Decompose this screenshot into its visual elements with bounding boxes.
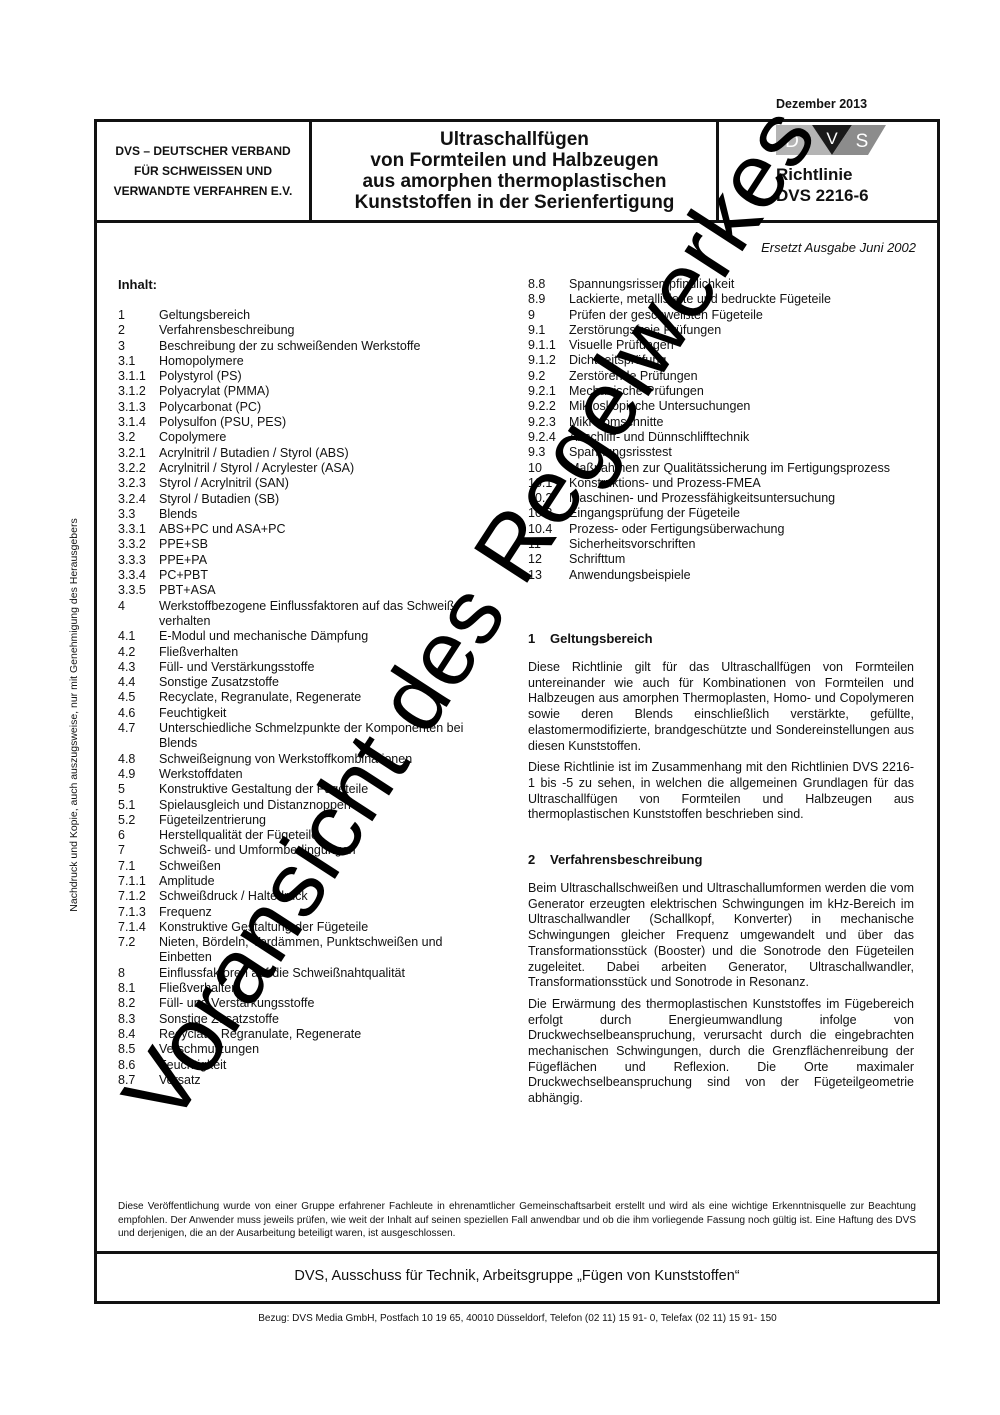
toc-entry: 3.3.2PPE+SB — [118, 537, 490, 552]
toc-entry-number: 4.5 — [118, 690, 159, 705]
toc-entry-label: Feuchtigkeit — [159, 1058, 490, 1073]
toc-left-column: 1Geltungsbereich2Verfahrensbeschreibung3… — [118, 308, 490, 1088]
toc-entry: 7Schweiß- und Umformbedingungen — [118, 843, 490, 858]
toc-entry: 9.1.1Visuelle Prüfungen — [528, 338, 920, 353]
toc-entry-label: Schweißen — [159, 859, 490, 874]
toc-entry-label: Eingangsprüfung der Fügeteile — [569, 506, 920, 521]
toc-entry: 9.1Zerstörungsfreie Prüfungen — [528, 323, 920, 338]
toc-entry-number: 8.6 — [118, 1058, 159, 1073]
toc-entry: 7.1.1Amplitude — [118, 874, 490, 889]
toc-entry: 2Verfahrensbeschreibung — [118, 323, 490, 338]
toc-entry-label: Fügeteilzentrierung — [159, 813, 490, 828]
toc-entry-number: 5 — [118, 782, 159, 797]
toc-entry-label: Sonstige Zusatzstoffe — [159, 675, 490, 690]
disclaimer-text: Diese Veröffentlichung wurde von einer G… — [118, 1200, 916, 1241]
toc-entry-number: 8.1 — [118, 981, 159, 996]
toc-entry-label: Verschmutzungen — [159, 1042, 490, 1057]
document-number: Richtlinie DVS 2216-6 — [776, 164, 869, 206]
toc-entry-label: Prüfen der geschweißten Fügeteile — [569, 308, 920, 323]
paragraph: Die Erwärmung des thermoplastischen Kuns… — [528, 997, 914, 1107]
copyright-side-note: Nachdruck und Kopie, auch auszugsweise, … — [68, 518, 80, 911]
toc-entry-number: 8.5 — [118, 1042, 159, 1057]
paragraph: Diese Richtlinie gilt für das Ultraschal… — [528, 660, 914, 754]
ordering-info: Bezug: DVS Media GmbH, Postfach 10 19 65… — [0, 1313, 1000, 1324]
toc-entry-label: Füll- und Verstärkungsstoffe — [159, 660, 490, 675]
toc-entry-label: Zerstörungsfreie Prüfungen — [569, 323, 920, 338]
document-title: Ultraschallfügen von Formteilen und Halb… — [312, 122, 717, 220]
toc-entry-label: Styrol / Acrylnitril (SAN) — [159, 476, 490, 491]
toc-entry-number: 9.1 — [528, 323, 569, 338]
toc-entry-number: 8.9 — [528, 292, 569, 307]
toc-entry-label: Spannungsrissempfindlichkeit — [569, 277, 920, 292]
section-title: Verfahrensbeschreibung — [550, 852, 702, 867]
toc-entry-number: 9 — [528, 308, 569, 323]
toc-entry: 3.3.1ABS+PC und ASA+PC — [118, 522, 490, 537]
svg-text:S: S — [856, 131, 869, 152]
toc-entry-number: 12 — [528, 552, 569, 567]
toc-entry-label: Schrifttum — [569, 552, 920, 567]
toc-entry: 3.3Blends — [118, 507, 490, 522]
toc-entry: 3.1.4Polysulfon (PSU, PES) — [118, 415, 490, 430]
svg-text:D: D — [785, 131, 799, 152]
toc-entry: 5Konstruktive Gestaltung der Fügeteile — [118, 782, 490, 797]
toc-entry-label: Nieten, Bördeln, Verdämmen, Punktschweiß… — [159, 935, 490, 966]
toc-entry: 9.2.2Mikroskopische Untersuchungen — [528, 399, 920, 414]
toc-entry-label: Polystyrol (PS) — [159, 369, 490, 384]
toc-entry: 9.2.4Anschliff- und Dünnschlifftechnik — [528, 430, 920, 445]
toc-entry: 4.7Unterschiedliche Schmelzpunkte der Ko… — [118, 721, 490, 752]
toc-entry: 8.7Versatz — [118, 1073, 490, 1088]
toc-entry-number: 3.3.3 — [118, 553, 159, 568]
toc-entry-number: 3 — [118, 339, 159, 354]
toc-entry-label: Dichtheitsprüfung — [569, 353, 920, 368]
toc-entry-number: 3.2.1 — [118, 446, 159, 461]
toc-entry-number: 7.1.1 — [118, 874, 159, 889]
toc-entry-number: 11 — [528, 537, 569, 552]
toc-entry: 7.1.3Frequenz — [118, 905, 490, 920]
toc-entry: 8.1Fließverhalten — [118, 981, 490, 996]
toc-entry: 3.2.4Styrol / Butadien (SB) — [118, 492, 490, 507]
toc-entry-number: 4.6 — [118, 706, 159, 721]
toc-entry-number: 3.2.3 — [118, 476, 159, 491]
toc-entry-number: 10.4 — [528, 522, 569, 537]
toc-entry-label: Amplitude — [159, 874, 490, 889]
toc-entry-number: 4.8 — [118, 752, 159, 767]
toc-entry-number: 9.2.2 — [528, 399, 569, 414]
toc-entry-number: 4.9 — [118, 767, 159, 782]
toc-entry-number: 2 — [118, 323, 159, 338]
toc-entry: 4.2Fließverhalten — [118, 645, 490, 660]
toc-entry: 3.2.2Acrylnitril / Styrol / Acrylester (… — [118, 461, 490, 476]
toc-entry-number: 3.3 — [118, 507, 159, 522]
toc-entry-number: 8.3 — [118, 1012, 159, 1027]
toc-entry-label: Recyclate, Regranulate, Regenerate — [159, 1027, 490, 1042]
toc-entry-number: 4.7 — [118, 721, 159, 752]
toc-entry: 11Sicherheitsvorschriften — [528, 537, 920, 552]
toc-entry: 8.3Sonstige Zusatzstoffe — [118, 1012, 490, 1027]
toc-entry-number: 3.3.4 — [118, 568, 159, 583]
toc-entry-number: 7.1.2 — [118, 889, 159, 904]
toc-entry-label: Mikrotomschnitte — [569, 415, 920, 430]
toc-entry: 7.2Nieten, Bördeln, Verdämmen, Punktschw… — [118, 935, 490, 966]
section-title: Geltungsbereich — [550, 631, 653, 646]
toc-entry-label: Schweißeignung von Werkstoffkombinatione… — [159, 752, 490, 767]
toc-entry-label: Konstruktive Gestaltung der Fügeteile — [159, 920, 490, 935]
toc-entry-label: Geltungsbereich — [159, 308, 490, 323]
toc-entry: 8Einflussfaktoren auf die Schweißnahtqua… — [118, 966, 490, 981]
toc-entry: 3.3.3PPE+PA — [118, 553, 490, 568]
section-number: 2 — [528, 852, 550, 867]
toc-entry: 8.9Lackierte, metallisierte und bedruckt… — [528, 292, 920, 307]
toc-entry-number: 8.4 — [118, 1027, 159, 1042]
toc-entry: 6Herstellqualität der Fügeteile — [118, 828, 490, 843]
toc-entry-label: Anwendungsbeispiele — [569, 568, 920, 583]
toc-entry-label: PPE+PA — [159, 553, 490, 568]
section-heading-2: 2Verfahrensbeschreibung — [528, 852, 702, 867]
toc-entry-label: Sicherheitsvorschriften — [569, 537, 920, 552]
toc-entry: 3Beschreibung der zu schweißenden Werkst… — [118, 339, 490, 354]
organization-name: DVS – DEUTSCHER VERBAND FÜR SCHWEISSEN U… — [97, 122, 309, 220]
toc-entry-label: Schweiß- und Umformbedingungen — [159, 843, 490, 858]
toc-entry: 3.3.5PBT+ASA — [118, 583, 490, 598]
toc-entry-label: Anschliff- und Dünnschlifftechnik — [569, 430, 920, 445]
toc-entry: 4.8Schweißeignung von Werkstoffkombinati… — [118, 752, 490, 767]
toc-entry-number: 7 — [118, 843, 159, 858]
toc-right-column: 8.8Spannungsrissempfindlichkeit8.9Lackie… — [528, 277, 920, 583]
toc-entry-number: 3.3.1 — [118, 522, 159, 537]
toc-entry: 7.1.2Schweißdruck / Haltedruck — [118, 889, 490, 904]
toc-entry-number: 9.1.2 — [528, 353, 569, 368]
toc-entry-number: 9.2 — [528, 369, 569, 384]
toc-entry-number: 8.2 — [118, 996, 159, 1011]
toc-entry-number: 3.1.4 — [118, 415, 159, 430]
replaces-edition: Ersetzt Ausgabe Juni 2002 — [761, 240, 916, 255]
toc-entry: 4.3Füll- und Verstärkungsstoffe — [118, 660, 490, 675]
toc-entry-label: Versatz — [159, 1073, 490, 1088]
committee-credit: DVS, Ausschuss für Technik, Arbeitsgrupp… — [97, 1254, 937, 1298]
toc-entry: 4.1E-Modul und mechanische Dämpfung — [118, 629, 490, 644]
toc-entry-number: 9.1.1 — [528, 338, 569, 353]
toc-entry-number: 9.2.4 — [528, 430, 569, 445]
toc-entry-label: Fließverhalten — [159, 981, 490, 996]
toc-entry: 9.3Spannungsrisstest — [528, 445, 920, 460]
toc-entry: 10.3Eingangsprüfung der Fügeteile — [528, 506, 920, 521]
toc-entry-number: 3.3.5 — [118, 583, 159, 598]
toc-entry: 3.1.2Polyacrylat (PMMA) — [118, 384, 490, 399]
toc-entry-label: Polyacrylat (PMMA) — [159, 384, 490, 399]
toc-entry: 3.2.1Acrylnitril / Butadien / Styrol (AB… — [118, 446, 490, 461]
toc-entry-label: Fließverhalten — [159, 645, 490, 660]
toc-entry-label: Werkstoffdaten — [159, 767, 490, 782]
toc-entry-label: Einflussfaktoren auf die Schweißnahtqual… — [159, 966, 490, 981]
toc-entry-label: ABS+PC und ASA+PC — [159, 522, 490, 537]
toc-entry-number: 3.1.3 — [118, 400, 159, 415]
toc-entry-label: Konstruktions- und Prozess-FMEA — [569, 476, 920, 491]
toc-entry-number: 7.1.4 — [118, 920, 159, 935]
toc-entry-number: 1 — [118, 308, 159, 323]
toc-entry-number: 3.2.2 — [118, 461, 159, 476]
paragraph: Beim Ultraschallschweißen und Ultraschal… — [528, 881, 914, 991]
toc-entry: 10Maßnahmen zur Qualitätssicherung im Fe… — [528, 461, 920, 476]
toc-entry-number: 9.2.1 — [528, 384, 569, 399]
toc-entry-label: Feuchtigkeit — [159, 706, 490, 721]
toc-entry: 7.1.4Konstruktive Gestaltung der Fügetei… — [118, 920, 490, 935]
toc-entry-label: Sonstige Zusatzstoffe — [159, 1012, 490, 1027]
toc-entry-number: 4.3 — [118, 660, 159, 675]
toc-entry-number: 13 — [528, 568, 569, 583]
toc-entry: 3.3.4PC+PBT — [118, 568, 490, 583]
toc-entry-label: Konstruktive Gestaltung der Fügeteile — [159, 782, 490, 797]
toc-entry-label: Lackierte, metallisierte und bedruckte F… — [569, 292, 920, 307]
toc-entry-number: 9.2.3 — [528, 415, 569, 430]
toc-entry-label: Recyclate, Regranulate, Regenerate — [159, 690, 490, 705]
toc-entry-number: 3.3.2 — [118, 537, 159, 552]
toc-entry-number: 7.1.3 — [118, 905, 159, 920]
toc-entry-label: PPE+SB — [159, 537, 490, 552]
toc-entry-number: 3.1.2 — [118, 384, 159, 399]
toc-entry: 10.4Prozess- oder Fertigungsüberwachung — [528, 522, 920, 537]
toc-entry: 9.2Zerstörende Prüfungen — [528, 369, 920, 384]
toc-entry: 3.1.3Polycarbonat (PC) — [118, 400, 490, 415]
toc-entry-label: Blends — [159, 507, 490, 522]
toc-entry-number: 3.1 — [118, 354, 159, 369]
toc-entry-number: 3.1.1 — [118, 369, 159, 384]
toc-entry-number: 10.3 — [528, 506, 569, 521]
toc-entry-label: Schweißdruck / Haltedruck — [159, 889, 490, 904]
toc-entry-label: Prozess- oder Fertigungsüberwachung — [569, 522, 920, 537]
toc-entry: 9.2.3Mikrotomschnitte — [528, 415, 920, 430]
toc-entry-number: 4.2 — [118, 645, 159, 660]
toc-entry: 4.9Werkstoffdaten — [118, 767, 490, 782]
toc-entry-number: 3.2.4 — [118, 492, 159, 507]
toc-entry-label: Styrol / Butadien (SB) — [159, 492, 490, 507]
svg-text:V: V — [826, 129, 838, 148]
toc-entry-label: PC+PBT — [159, 568, 490, 583]
toc-entry-number: 5.1 — [118, 798, 159, 813]
toc-entry: 4.4Sonstige Zusatzstoffe — [118, 675, 490, 690]
publication-date: Dezember 2013 — [776, 97, 867, 111]
toc-entry-label: Füll- und Verstärkungsstoffe — [159, 996, 490, 1011]
toc-entry-label: Acrylnitril / Butadien / Styrol (ABS) — [159, 446, 490, 461]
toc-entry: 1Geltungsbereich — [118, 308, 490, 323]
paragraph: Diese Richtlinie ist im Zusammenhang mit… — [528, 760, 914, 823]
toc-entry: 9Prüfen der geschweißten Fügeteile — [528, 308, 920, 323]
toc-entry-label: Verfahrensbeschreibung — [159, 323, 490, 338]
toc-entry-label: Spielausgleich und Distanznoppen — [159, 798, 490, 813]
toc-entry: 8.5Verschmutzungen — [118, 1042, 490, 1057]
toc-entry-label: PBT+ASA — [159, 583, 490, 598]
toc-entry-number: 4 — [118, 599, 159, 630]
toc-entry: 13Anwendungsbeispiele — [528, 568, 920, 583]
toc-entry-label: Frequenz — [159, 905, 490, 920]
toc-entry-label: Herstellqualität der Fügeteile — [159, 828, 490, 843]
toc-entry: 3.1Homopolymere — [118, 354, 490, 369]
toc-entry: 5.1Spielausgleich und Distanznoppen — [118, 798, 490, 813]
toc-entry: 4.5Recyclate, Regranulate, Regenerate — [118, 690, 490, 705]
section-2-body: Beim Ultraschallschweißen und Ultraschal… — [528, 881, 914, 1107]
toc-entry-label: Werkstoffbezogene Einflussfaktoren auf d… — [159, 599, 490, 630]
toc-entry-label: Polycarbonat (PC) — [159, 400, 490, 415]
toc-entry-label: E-Modul und mechanische Dämpfung — [159, 629, 490, 644]
toc-entry-label: Polysulfon (PSU, PES) — [159, 415, 490, 430]
toc-entry-number: 10.2 — [528, 491, 569, 506]
toc-entry-label: Maßnahmen zur Qualitätssicherung im Fert… — [569, 461, 920, 476]
toc-entry: 8.6Feuchtigkeit — [118, 1058, 490, 1073]
toc-entry: 3.2.3Styrol / Acrylnitril (SAN) — [118, 476, 490, 491]
toc-entry-number: 9.3 — [528, 445, 569, 460]
toc-entry: 5.2Fügeteilzentrierung — [118, 813, 490, 828]
toc-entry-number: 4.1 — [118, 629, 159, 644]
toc-entry: 8.2Füll- und Verstärkungsstoffe — [118, 996, 490, 1011]
toc-entry: 12Schrifttum — [528, 552, 920, 567]
toc-entry-number: 4.4 — [118, 675, 159, 690]
toc-heading: Inhalt: — [118, 277, 157, 292]
toc-entry: 4.6Feuchtigkeit — [118, 706, 490, 721]
toc-entry-label: Unterschiedliche Schmelzpunkte der Kompo… — [159, 721, 490, 752]
toc-entry-label: Homopolymere — [159, 354, 490, 369]
toc-entry-number: 8.7 — [118, 1073, 159, 1088]
toc-entry: 4Werkstoffbezogene Einflussfaktoren auf … — [118, 599, 490, 630]
toc-entry-label: Mechanische Prüfungen — [569, 384, 920, 399]
toc-entry-number: 7.1 — [118, 859, 159, 874]
toc-entry: 3.1.1Polystyrol (PS) — [118, 369, 490, 384]
toc-entry-number: 8.8 — [528, 277, 569, 292]
section-number: 1 — [528, 631, 550, 646]
toc-entry-number: 6 — [118, 828, 159, 843]
toc-entry-label: Zerstörende Prüfungen — [569, 369, 920, 384]
dvs-logo-icon: D V S — [776, 125, 886, 155]
toc-entry-label: Beschreibung der zu schweißenden Werksto… — [159, 339, 490, 354]
toc-entry: 9.1.2Dichtheitsprüfung — [528, 353, 920, 368]
toc-entry-number: 7.2 — [118, 935, 159, 966]
toc-entry: 9.2.1Mechanische Prüfungen — [528, 384, 920, 399]
toc-entry: 10.2Maschinen- und Prozessfähigkeitsunte… — [528, 491, 920, 506]
toc-entry-label: Copolymere — [159, 430, 490, 445]
toc-entry: 8.8Spannungsrissempfindlichkeit — [528, 277, 920, 292]
toc-entry-number: 10.1 — [528, 476, 569, 491]
toc-entry: 8.4Recyclate, Regranulate, Regenerate — [118, 1027, 490, 1042]
section-heading-1: 1Geltungsbereich — [528, 631, 653, 646]
toc-entry-label: Spannungsrisstest — [569, 445, 920, 460]
toc-entry: 7.1Schweißen — [118, 859, 490, 874]
toc-entry-number: 10 — [528, 461, 569, 476]
toc-entry-label: Maschinen- und Prozessfähigkeitsuntersuc… — [569, 491, 920, 506]
toc-entry-number: 8 — [118, 966, 159, 981]
toc-entry-label: Mikroskopische Untersuchungen — [569, 399, 920, 414]
toc-entry-label: Visuelle Prüfungen — [569, 338, 920, 353]
section-1-body: Diese Richtlinie gilt für das Ultraschal… — [528, 660, 914, 823]
toc-entry-label: Acrylnitril / Styrol / Acrylester (ASA) — [159, 461, 490, 476]
toc-entry-number: 3.2 — [118, 430, 159, 445]
toc-entry: 3.2Copolymere — [118, 430, 490, 445]
toc-entry: 10.1Konstruktions- und Prozess-FMEA — [528, 476, 920, 491]
toc-entry-number: 5.2 — [118, 813, 159, 828]
